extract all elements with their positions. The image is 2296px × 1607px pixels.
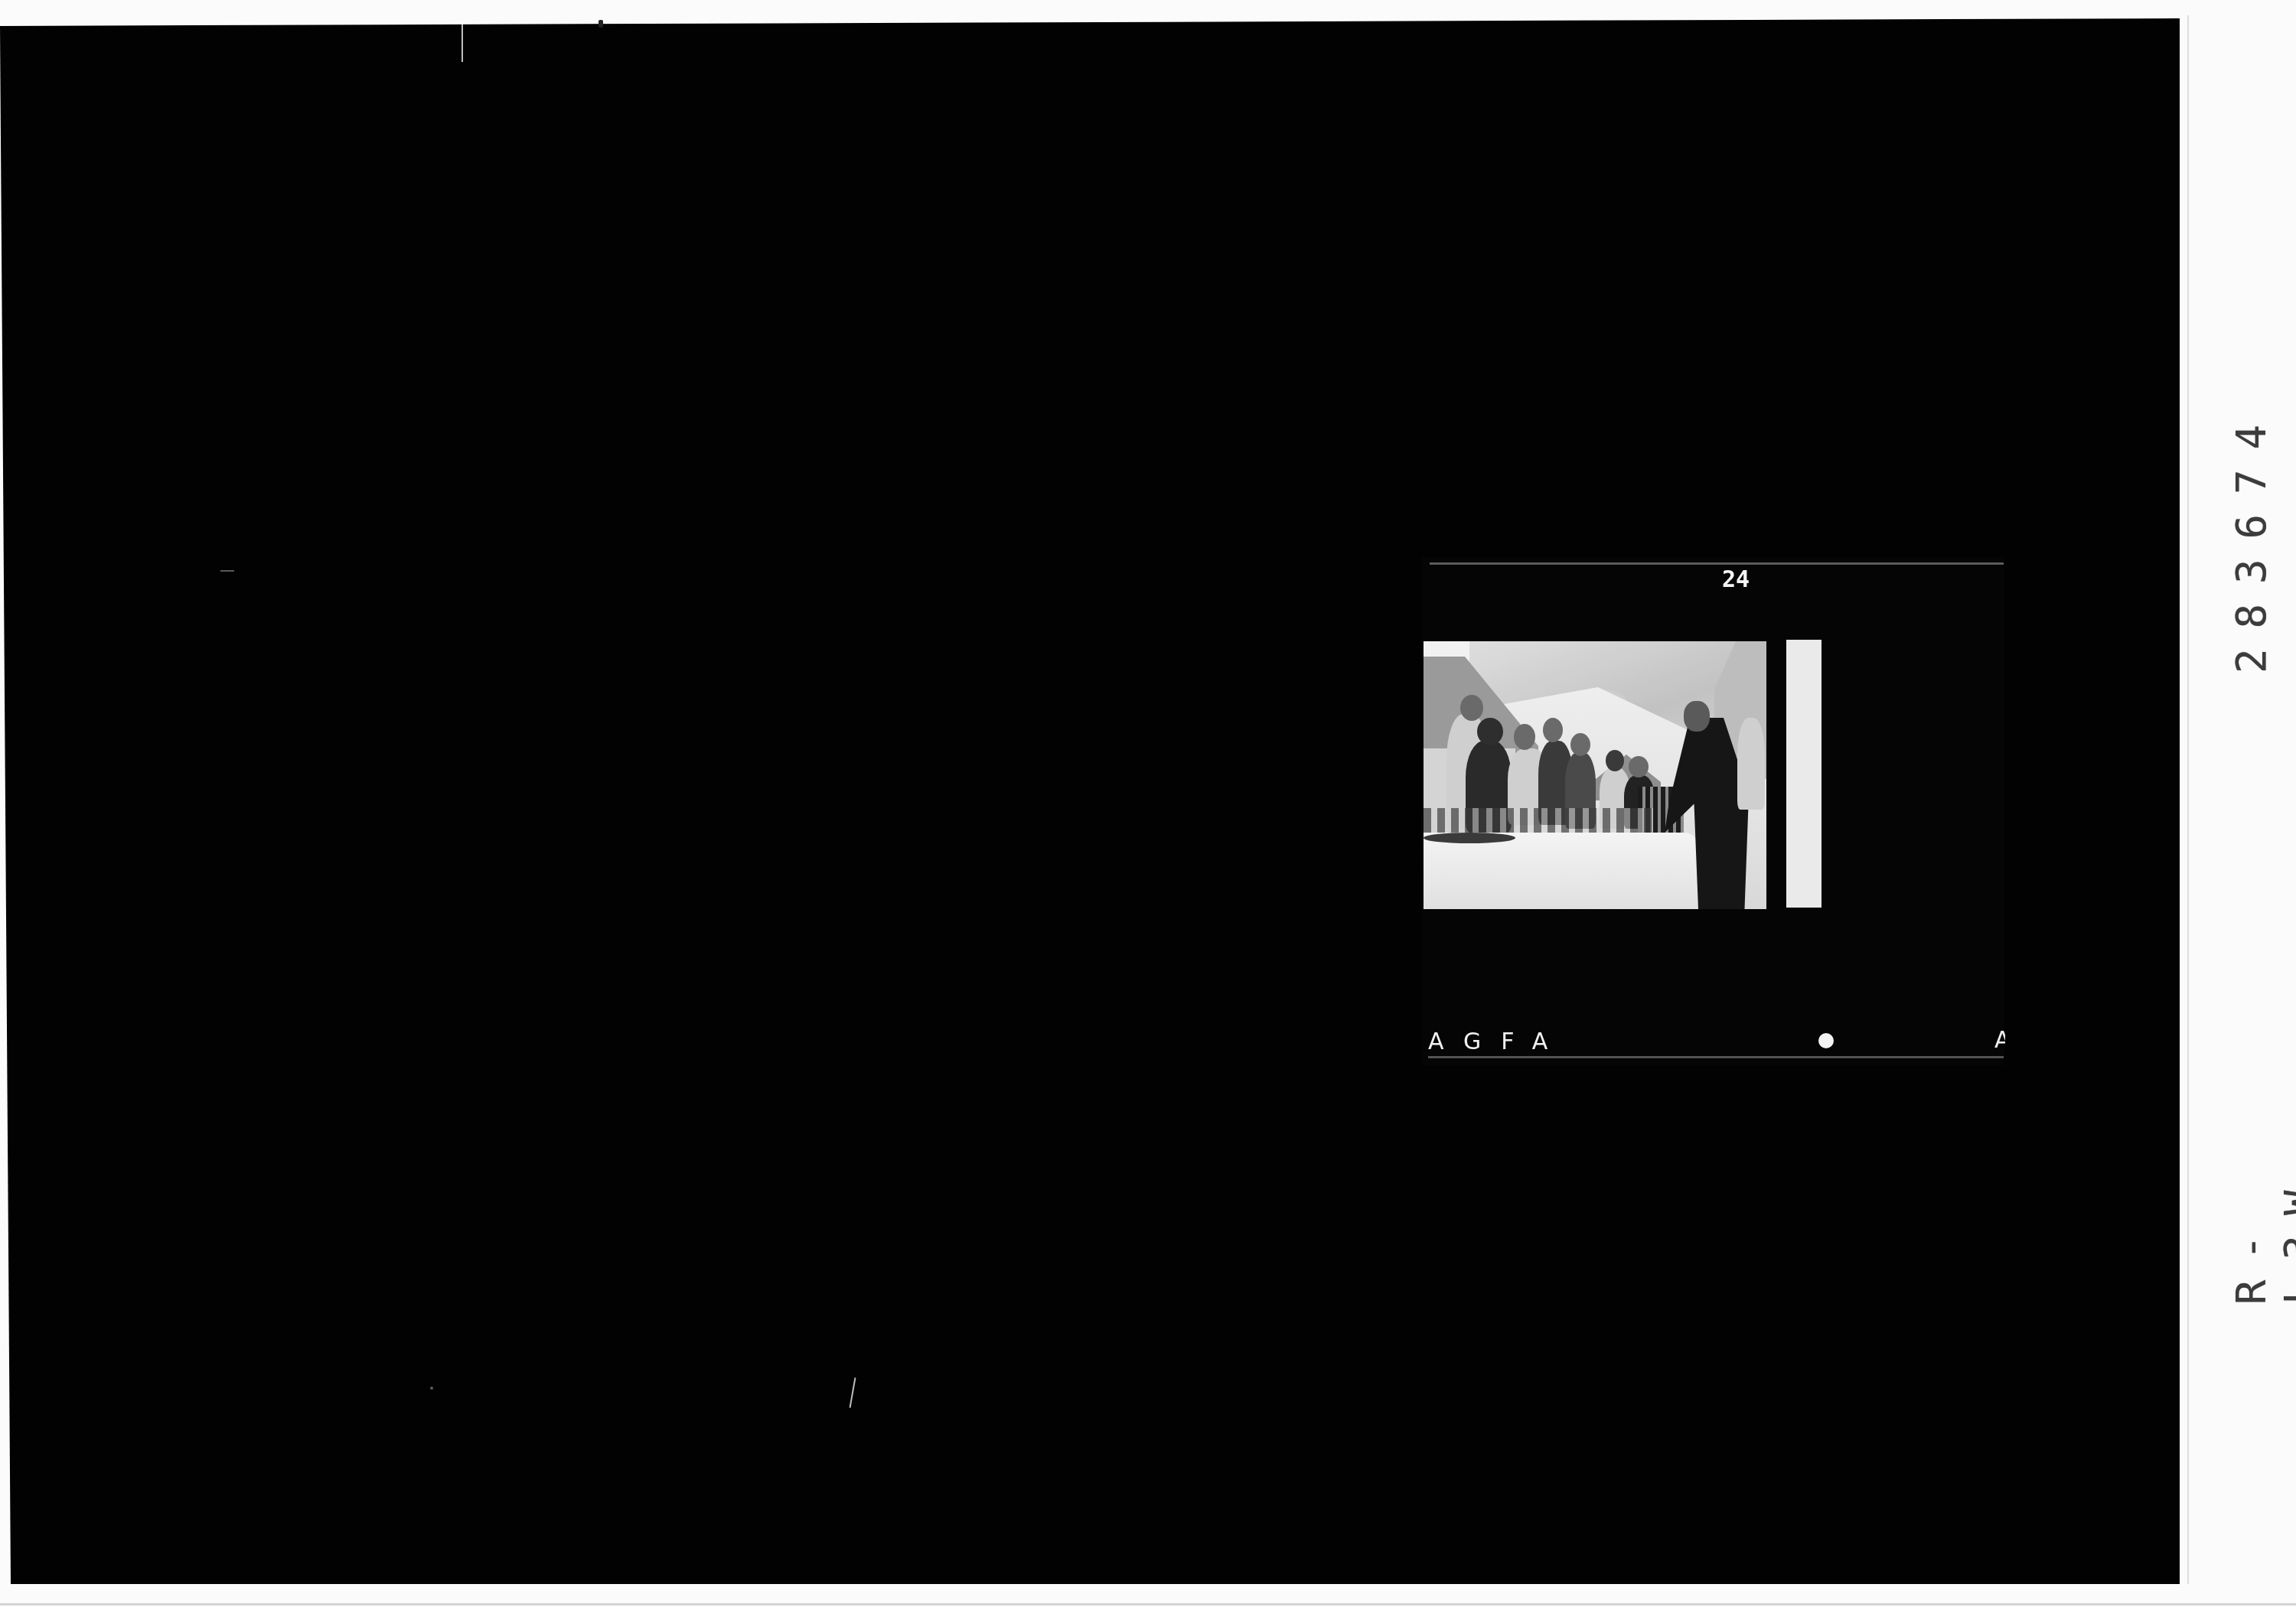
guest-head [1514,724,1535,750]
guest-figure [1737,718,1765,810]
frame-photo [1424,641,1766,909]
film-brand-marking: AGFA [1428,1028,1567,1055]
sprocket-hole [1662,992,1688,1012]
film-brand-fragment: A [1994,1027,2005,1054]
film-edge-bottom [1428,1056,2004,1058]
sprocket-hole [1460,992,1486,1012]
sprocket-hole [1528,992,1554,1012]
guest-head [1460,695,1483,721]
guest-head [1629,756,1649,777]
film-frame: 24 AGFA A [1422,557,2004,1065]
serving-tray [1424,833,1515,843]
sprocket-hole [1595,992,1621,1012]
sprocket-hole [1730,992,1756,1012]
snow-bar-counter [1424,833,1699,909]
frame-number: 24 [1422,566,2004,593]
guest-head [1543,718,1563,742]
dust-speck [220,570,234,572]
sprocket-hole [1797,992,1823,1012]
unexposed-strip [1786,640,1821,908]
waiter-head [1684,701,1710,732]
dust-speck [430,1387,433,1390]
guest-head [1570,733,1590,756]
sheet-edge [2187,15,2189,1584]
sprocket-hole [1864,992,1890,1012]
guest-head [1477,718,1503,745]
film-edge-dot [1818,1033,1834,1048]
scratch-mark [461,20,463,62]
negative-number-label: 283674 [2227,405,2275,673]
film-edge-top [1430,562,2004,565]
guest-head [1606,750,1624,771]
archive-code-label: R-L3W [2227,1170,2296,1305]
dust-speck [598,20,603,28]
scan-edge [0,1603,2296,1605]
